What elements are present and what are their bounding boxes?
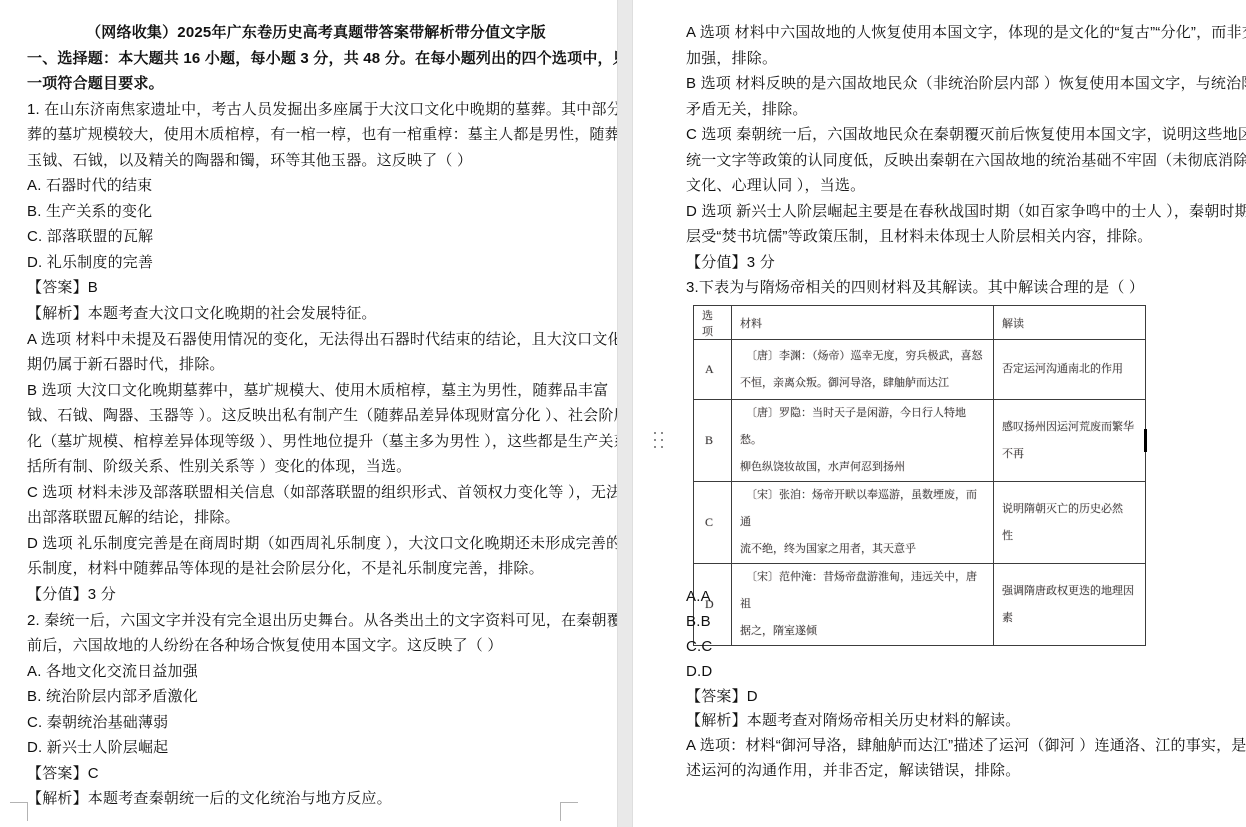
text-line: 文化、心理认同 ），当选。 — [686, 173, 1242, 199]
text-line: B.B — [686, 610, 1242, 635]
text-line: 统一文字等政策的认同度低，反映出秦朝在六国故地的统治基础不牢固（未彻底消除六国旧… — [686, 148, 1242, 174]
drag-handle-icon[interactable] — [654, 432, 667, 451]
text-line: 期仍属于新石器时代，排除。 — [27, 352, 605, 378]
text-line: 玉钺、石钺，以及精关的陶器和镯，环等其他玉器。这反映了（ ） — [27, 148, 605, 174]
text-line: C. 秦朝统治基础薄弱 — [27, 710, 605, 736]
text-line: A. 石器时代的结束 — [27, 173, 605, 199]
text-line: B 选项 大汶口文化晚期墓葬中，墓圹规模大、使用木质棺椁，墓主为男性，随葬品丰富… — [27, 378, 605, 404]
text-line: 化（墓圹规模、棺椁差异体现等级 ）、男性地位提升（墓主多为男性 ），这些都是生产… — [27, 429, 605, 455]
text-line: D 选项 新兴士人阶层崛起主要是在春秋战国时期（如百家争鸣中的士人 ），秦朝时期… — [686, 199, 1242, 225]
table-cell-option: C — [694, 482, 732, 564]
text-line: A. 各地文化交流日益加强 — [27, 659, 605, 685]
text-line: A.A — [686, 585, 1242, 610]
text-line: 2. 秦统一后，六国文字并没有完全退出历史舞台。从各类出土的文字资料可见，在秦朝… — [27, 608, 605, 634]
table-cell-option: A — [694, 340, 732, 400]
table-row: A〔唐〕李渊：（炀帝）巡幸无度，穷兵极武，喜怒 不恒，亲离众叛。御河导洛，肆舳舻… — [694, 340, 1146, 400]
text-line: 【解析】本题考查秦朝统一后的文化统治与地方反应。 — [27, 786, 605, 812]
text-line: 【答案】C — [27, 761, 605, 787]
table-cell-interpretation: 感叹扬州因运河荒废而繁华 不再 — [994, 400, 1146, 482]
text-line: 【分值】3 分 — [686, 250, 1242, 276]
text-line: 层受“焚书坑儒”等政策压制，且材料未体现士人阶层相关内容，排除。 — [686, 224, 1242, 250]
table-header-material: 材料 — [732, 306, 994, 340]
text-line: D 选项 礼乐制度完善是在商周时期（如西周礼乐制度 ），大汶口文化晚期还未形成完… — [27, 531, 605, 557]
page-title: （网络收集）2025年广东卷历史高考真题带答案带解析带分值文字版 — [27, 20, 605, 46]
text-line: 述运河的沟通作用，并非否定，解读错误，排除。 — [686, 759, 1242, 784]
text-line: A 选项 材料中六国故地的人恢复使用本国文字，体现的是文化的“复古”“分化”，而… — [686, 20, 1242, 46]
text-line: 1. 在山东济南焦家遗址中，考古人员发掘出多座属于大汶口文化中晚期的墓葬。其中部… — [27, 97, 605, 123]
crop-mark-bottom-left-page1 — [10, 802, 28, 821]
table-cell-material: 〔唐〕罗隐：当时天子是闲游，今日行人特地愁。 柳色纵饶妆故国，水声何忍到扬州 — [732, 400, 994, 482]
text-line: 括所有制、阶级关系、性别关系等 ）变化的体现，当选。 — [27, 454, 605, 480]
document-page-2: A 选项 材料中六国故地的人恢复使用本国文字，体现的是文化的“复古”“分化”，而… — [633, 0, 1246, 827]
table-cell-material: 〔宋〕张洎：炀帝开畎以奉巡游，虽数堙废，而通 流不绝，终为国家之用者，其天意乎 — [732, 482, 994, 564]
table-cell-interpretation: 否定运河沟通南北的作用 — [994, 340, 1146, 400]
text-line: 【解析】本题考查大汶口文化晚期的社会发展特征。 — [27, 301, 605, 327]
text-line: B. 统治阶层内部矛盾激化 — [27, 684, 605, 710]
table-header-interpretation: 解读 — [994, 306, 1146, 340]
page-gap — [617, 0, 633, 827]
text-line: 【解析】本题考查对隋炀帝相关历史材料的解读。 — [686, 709, 1242, 734]
page-2-text-column-top: A 选项 材料中六国故地的人恢复使用本国文字，体现的是文化的“复古”“分化”，而… — [686, 20, 1242, 301]
table-header-row: 选项 材料 解读 — [694, 306, 1146, 340]
text-line: D. 新兴士人阶层崛起 — [27, 735, 605, 761]
text-line: 钺、石钺、陶器、玉器等 ）。这反映出私有制产生（随葬品差异体现财富分化 ）、社会… — [27, 403, 605, 429]
table-row: C〔宋〕张洎：炀帝开畎以奉巡游，虽数堙废，而通 流不绝，终为国家之用者，其天意乎… — [694, 482, 1146, 564]
text-line: C. 部落联盟的瓦解 — [27, 224, 605, 250]
text-line: 【分值】3 分 — [27, 582, 605, 608]
page-2-text-column-bottom: A.AB.BC.CD.D【答案】D【解析】本题考查对隋炀帝相关历史材料的解读。A… — [686, 585, 1242, 784]
text-line: 加强，排除。 — [686, 46, 1242, 72]
text-line: D. 礼乐制度的完善 — [27, 250, 605, 276]
text-line: B 选项 材料反映的是六国故地民众（非统治阶层内部 ）恢复使用本国文字，与统治阶… — [686, 71, 1242, 97]
text-line: 矛盾无关，排除。 — [686, 97, 1242, 123]
text-line: C.C — [686, 635, 1242, 660]
text-line: A 选项 材料中未提及石器使用情况的变化，无法得出石器时代结束的结论，且大汶口文… — [27, 327, 605, 353]
text-line: C 选项 材料未涉及部落联盟相关信息（如部落联盟的组织形式、首领权力变化等 ），… — [27, 480, 605, 506]
document-page-1: （网络收集）2025年广东卷历史高考真题带答案带解析带分值文字版 一、选择题：本… — [0, 0, 617, 827]
text-line: 前后，六国故地的人纷纷在各种场合恢复使用本国文字。这反映了（ ） — [27, 633, 605, 659]
text-line: 【答案】B — [27, 275, 605, 301]
table-header-option: 选项 — [694, 306, 732, 340]
text-line: 出部落联盟瓦解的结论，排除。 — [27, 505, 605, 531]
text-cursor — [1144, 429, 1147, 452]
text-line: 一、选择题：本大题共 16 小题，每小题 3 分，共 48 分。在每小题列出的四… — [27, 46, 605, 72]
page-1-text-column: （网络收集）2025年广东卷历史高考真题带答案带解析带分值文字版 一、选择题：本… — [27, 20, 605, 812]
text-line: A 选项：材料“御河导洛，肆舳舻而达江”描述了运河（御河 ）连通洛、江的事实，是… — [686, 734, 1242, 759]
text-line: B. 生产关系的变化 — [27, 199, 605, 225]
table-cell-option: B — [694, 400, 732, 482]
text-line: 【答案】D — [686, 685, 1242, 710]
table-cell-interpretation: 说明隋朝灭亡的历史必然 性 — [994, 482, 1146, 564]
text-line: 一项符合题目要求。 — [27, 71, 605, 97]
text-line: 乐制度，材料中随葬品等体现的是社会阶层分化，不是礼乐制度完善，排除。 — [27, 556, 605, 582]
text-line: D.D — [686, 660, 1242, 685]
crop-mark-bottom-right-page1 — [560, 802, 578, 821]
text-line: 葬的墓圹规模较大，使用木质棺椁，有一棺一椁，也有一棺重椁：墓主人都是男性，随葬品… — [27, 122, 605, 148]
table-row: B〔唐〕罗隐：当时天子是闲游，今日行人特地愁。 柳色纵饶妆故国，水声何忍到扬州感… — [694, 400, 1146, 482]
table-cell-material: 〔唐〕李渊：（炀帝）巡幸无度，穷兵极武，喜怒 不恒，亲离众叛。御河导洛，肆舳舻而… — [732, 340, 994, 400]
text-line: C 选项 秦朝统一后，六国故地民众在秦朝覆灭前后恢复使用本国文字，说明这些地区对… — [686, 122, 1242, 148]
text-line: 3.下表为与隋炀帝相关的四则材料及其解读。其中解读合理的是（ ） — [686, 275, 1242, 301]
